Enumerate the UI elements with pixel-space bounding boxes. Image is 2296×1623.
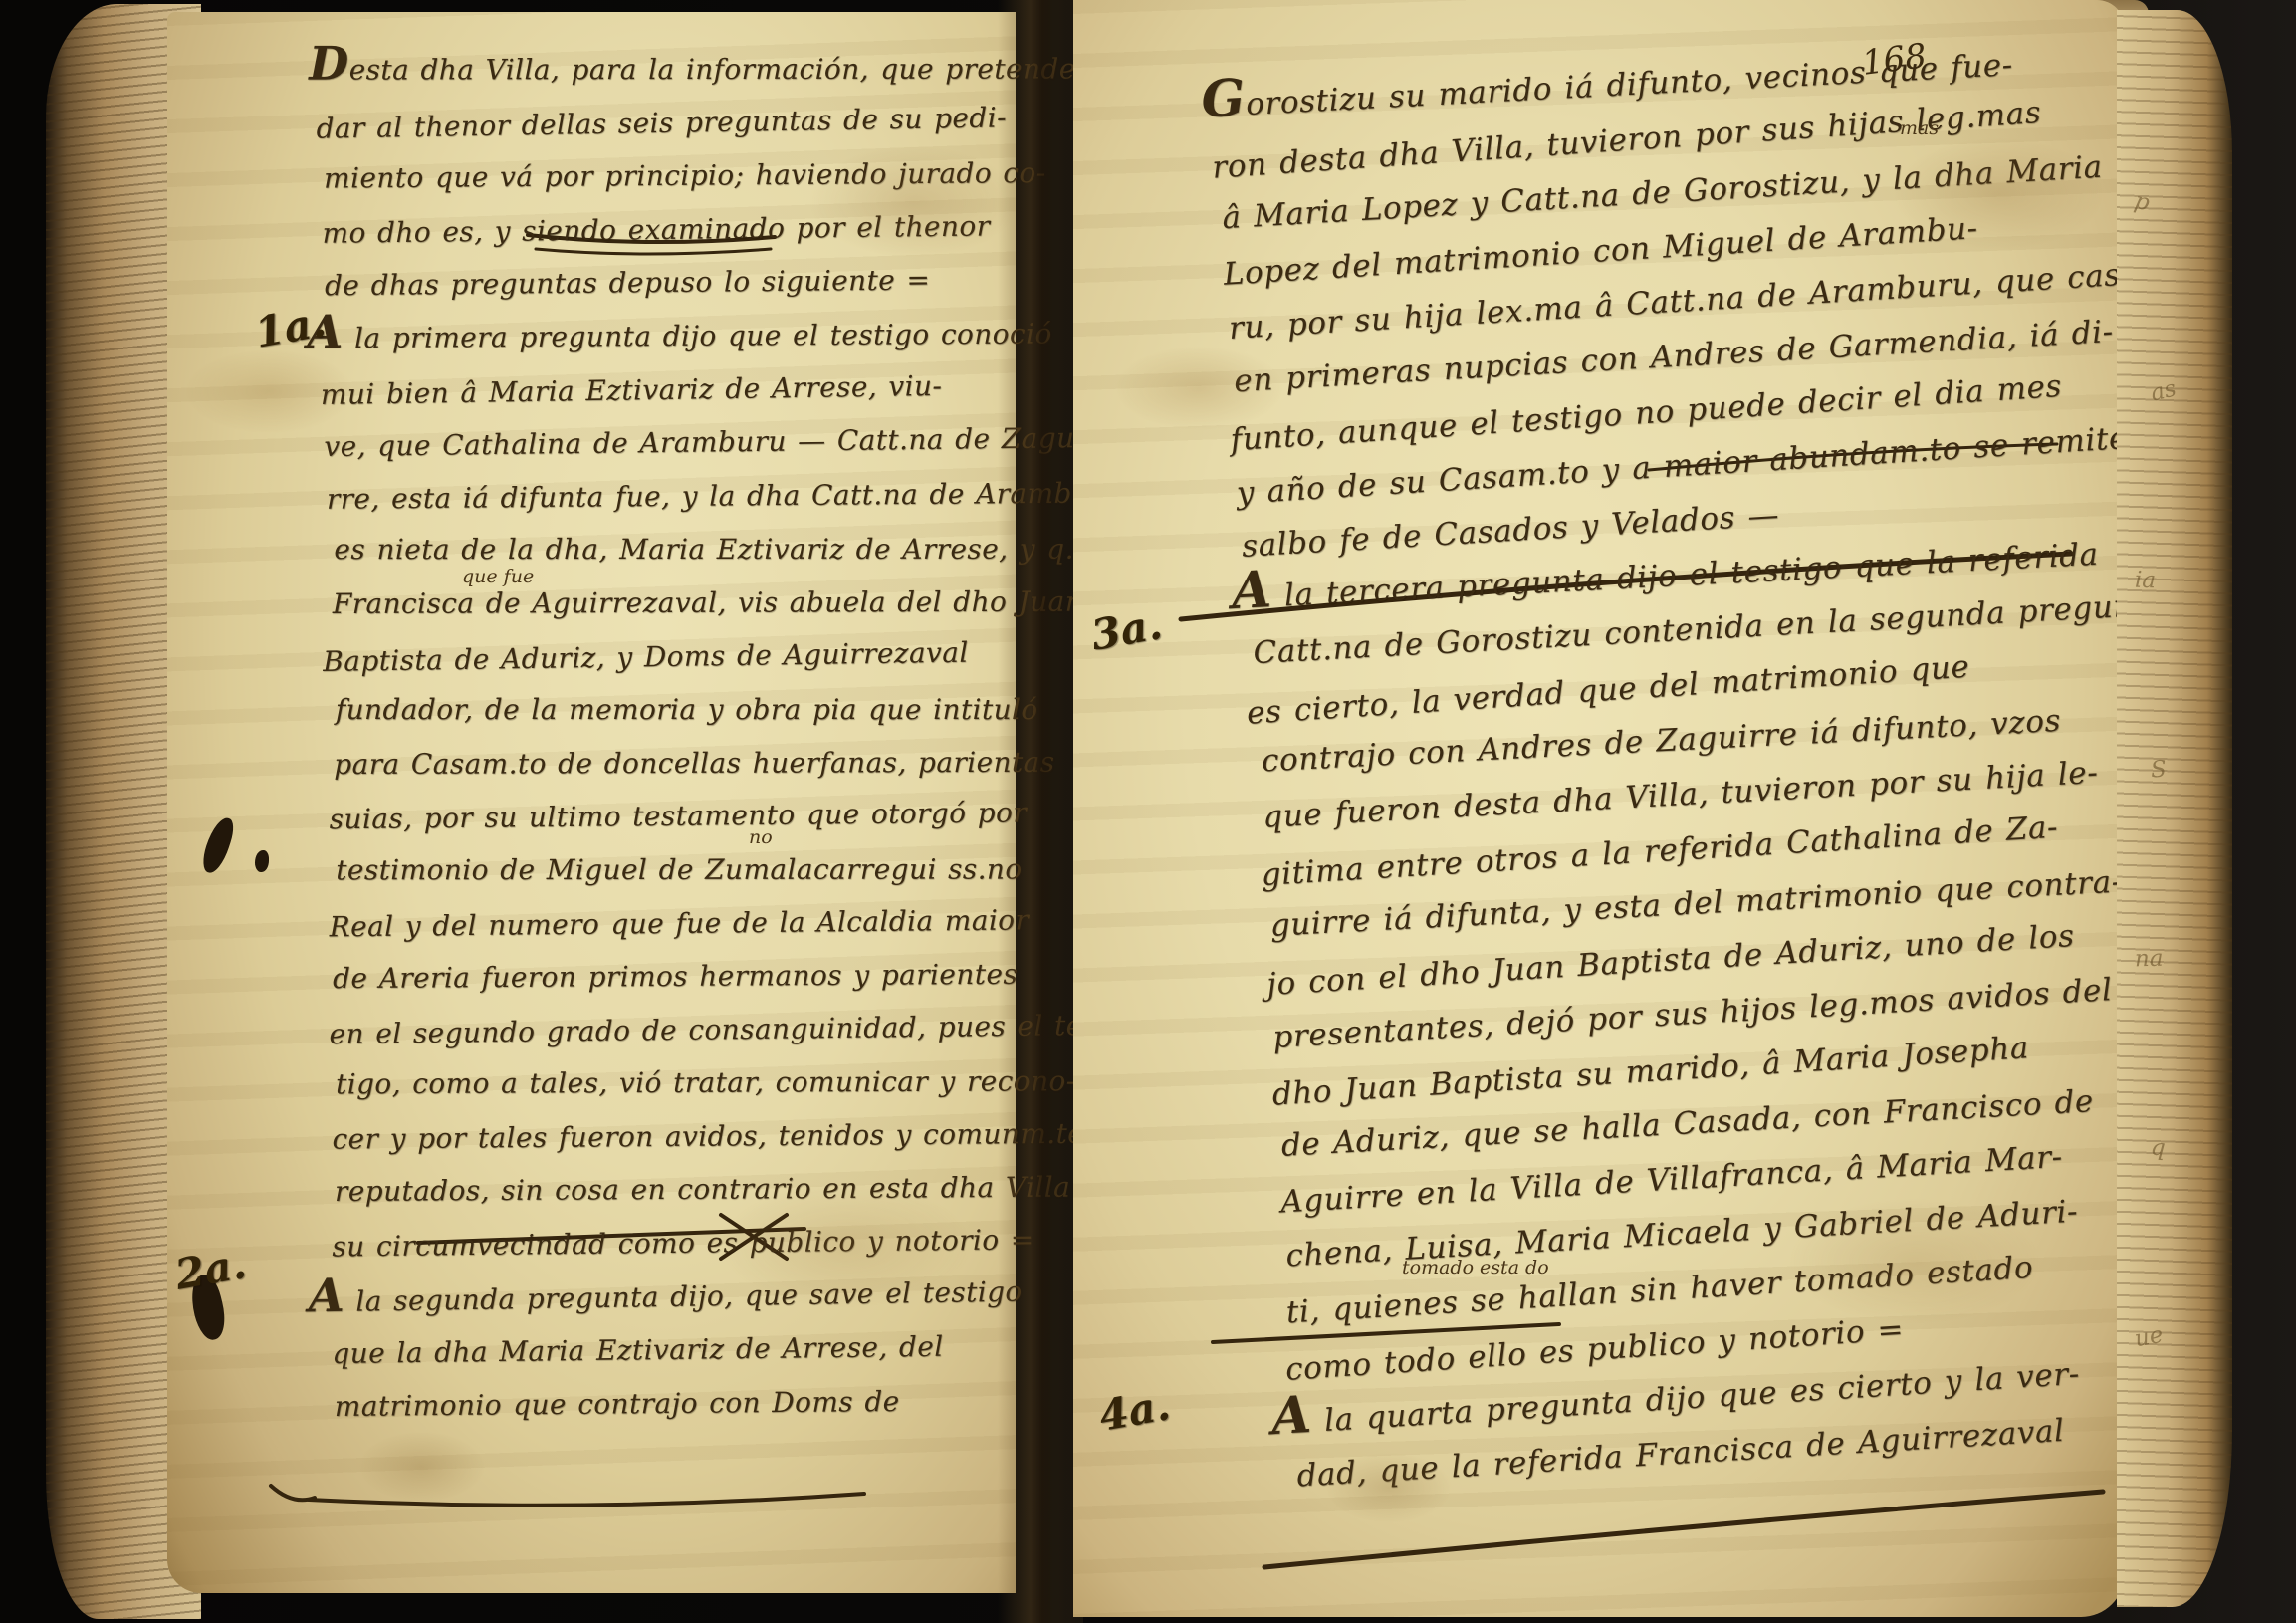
- manuscript-line: que la dha Maria Eztivariz de Arrese, de…: [332, 1329, 1020, 1391]
- manuscript-line: reputados, sin cosa en contrario en esta…: [335, 1171, 1022, 1229]
- manuscript-line: cer y por tales fueron avidos, tenidos y…: [332, 1117, 1019, 1176]
- interlinear-insertion: que fue: [462, 566, 534, 587]
- edge-writing-fragment: S: [2150, 757, 2167, 784]
- manuscript-line: para Casam.to de doncellas huerfanas, pa…: [334, 746, 1021, 802]
- right-page-text: Gorostizu su marido iá difunto, vecinos …: [1215, 39, 2193, 1513]
- edge-writing-fragment: as: [2148, 375, 2179, 406]
- fore-edge-right: pasiaSnaque: [2117, 10, 2232, 1607]
- manuscript-line: rre, esta iá difunta fue, y la dha Catt.…: [327, 477, 1014, 536]
- interlinear-insertion: tomado esta do: [1402, 1257, 1549, 1278]
- manuscript-line: en el segundo grado de consanguinidad, p…: [329, 1010, 1017, 1071]
- ink-blot: [255, 850, 269, 872]
- manuscript-line: su circumvecindad como es publico y noto…: [332, 1224, 1020, 1284]
- manuscript-line: Francisca de Aguirrezaval, vis abuela de…: [333, 585, 1020, 641]
- left-page: Desta dha Villa, para la información, qu…: [167, 12, 1016, 1593]
- manuscript-line: ve, que Cathalina de Aramburu — Catt.na …: [324, 422, 1012, 484]
- manuscript-line: fundador, de la memoria y obra pia que i…: [336, 693, 1023, 747]
- manuscript-line: dar al thenor dellas seis preguntas de s…: [316, 101, 1004, 165]
- edge-writing-fragment: q: [2150, 1135, 2166, 1162]
- edge-writing-fragment: na: [2135, 946, 2164, 973]
- manuscript-line: de Areria fueron primos hermanos y parie…: [333, 958, 1020, 1016]
- right-page: 168 Gorostizu su marido iá difunto, veci…: [1073, 0, 2125, 1617]
- edge-writing-fragment: p: [2132, 188, 2152, 217]
- manuscript-line: testimonio de Miguel de Zumalacarregui s…: [336, 852, 1023, 906]
- manuscript-line: matrimonio que contrajo con Doms de: [335, 1384, 1022, 1444]
- question-margin-mark: 4a.: [1095, 1380, 1173, 1441]
- ink-blot: [199, 814, 238, 876]
- manuscript-line: de dhas preguntas depuso lo siguiente =: [325, 263, 1012, 323]
- manuscript-line: miento que vá por principio; haviendo ju…: [324, 157, 1011, 216]
- question-margin-mark: 3a.: [1087, 599, 1165, 660]
- manuscript-line: Real y del numero que fue de la Alcaldia…: [329, 903, 1016, 963]
- manuscript-line: suias, por su ultimo testamento que otor…: [330, 797, 1017, 856]
- manuscript-line: A la primera pregunta dijo que el testig…: [307, 318, 1014, 375]
- manuscript-line: tigo, como a tales, vió tratar, comunica…: [336, 1065, 1023, 1121]
- book-spine-gutter: [998, 0, 1083, 1623]
- interlinear-insertion: mas: [1900, 117, 1939, 139]
- edge-writing-fragment: ia: [2135, 568, 2157, 594]
- question-margin-mark: 2a.: [171, 1239, 249, 1299]
- left-page-text: Desta dha Villa, para la información, qu…: [323, 50, 1022, 1443]
- manuscript-line: es nieta de la dha, Maria Eztivariz de A…: [334, 533, 1021, 586]
- manuscript-line: mui bien â Maria Eztivariz de Arrese, vi…: [321, 368, 1009, 432]
- interlinear-insertion: no: [749, 826, 773, 848]
- edge-writing-fragment: ue: [2133, 1322, 2166, 1353]
- manuscript-line: A la segunda pregunta dijo, que save el …: [309, 1275, 1017, 1338]
- manuscript-line: Baptista de Aduriz, y Doms de Aguirrezav…: [323, 635, 1011, 698]
- manuscript-line: mo dho es, y siendo examinado por el the…: [322, 209, 1010, 270]
- photo-background: 175 Desta dha Villa, para la información…: [0, 0, 2296, 1623]
- manuscript-line: Desta dha Villa, para la información, qu…: [309, 53, 1016, 108]
